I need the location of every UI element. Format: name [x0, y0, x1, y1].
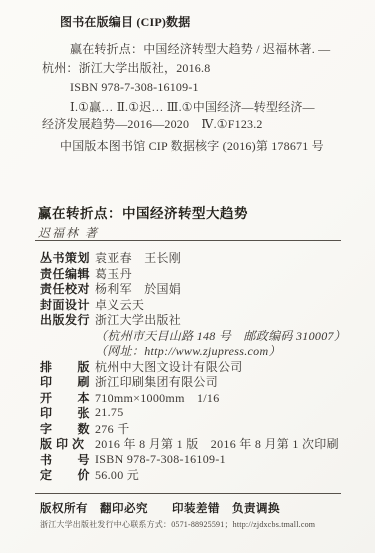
colophon-label: 书 号: [40, 451, 95, 468]
colophon-label: 责任编辑: [40, 265, 95, 282]
cip-record-number: 中国版本图书馆 CIP 数据核字 (2016)第 178671 号: [60, 139, 324, 153]
divider-bottom: [35, 493, 341, 494]
colophon-label: 版 印 次: [40, 435, 95, 452]
colophon-row-address: （杭州市天目山路 148 号 邮政编码 310007）: [40, 328, 360, 344]
colophon-row-sheets: 印 张 21.75: [40, 405, 360, 421]
cip-classification-line2: 经济发展趋势—2016—2020 Ⅳ.①F123.2: [42, 117, 263, 131]
book-title: 赢在转折点：中国经济转型大趋势: [38, 202, 248, 222]
cip-isbn-line: ISBN 978-7-308-16109-1: [70, 80, 199, 94]
copyright-page: 图书在版编目 (CIP)数据 赢在转折点：中国经济转型大趋势 / 迟福林著. —…: [0, 0, 375, 553]
colophon-row-editor: 责任编辑 葛玉丹: [40, 266, 360, 282]
colophon-row-format: 开 本 710mm×1000mm 1/16: [40, 390, 360, 406]
distribution-contact: 浙江大学出版社发行中心联系方式：0571-88925591；http://zjd…: [40, 519, 315, 530]
colophon-row-proofreader: 责任校对 杨利军 於国娟: [40, 281, 360, 297]
colophon-value: 杨利军 於国娟: [95, 280, 181, 297]
colophon-row-isbn: 书 号 ISBN 978-7-308-16109-1: [40, 452, 360, 468]
colophon-row-publisher: 出版发行 浙江大学出版社: [40, 312, 360, 328]
colophon-value: 杭州中大图文设计有限公司: [95, 358, 243, 375]
copyright-notice: 版权所有 翻印必究 印装差错 负责调换: [40, 500, 280, 516]
colophon-row-edition: 版 印 次 2016 年 8 月第 1 版 2016 年 8 月第 1 次印刷: [40, 436, 360, 452]
colophon-row-price: 定 价 56.00 元: [40, 467, 360, 483]
colophon-value: ISBN 978-7-308-16109-1: [95, 452, 226, 467]
colophon-value: 710mm×1000mm 1/16: [95, 389, 220, 406]
cip-title-line: 赢在转折点：中国经济转型大趋势 / 迟福林著. —: [70, 42, 330, 56]
cip-classification-line1: Ⅰ.①赢… Ⅱ.①迟… Ⅲ.①中国经济—转型经济—: [70, 100, 315, 114]
colophon-label: 封面设计: [40, 296, 95, 313]
colophon-label: 开 本: [40, 389, 95, 406]
colophon-label: 印 刷: [40, 373, 95, 390]
colophon-value: 56.00 元: [95, 466, 139, 483]
colophon-row-wordcount: 字 数 276 千: [40, 421, 360, 437]
colophon-label: 定 价: [40, 466, 95, 483]
colophon-row-series-planner: 丛书策划 袁亚春 王长刚: [40, 250, 360, 266]
colophon-label: 排 版: [40, 358, 95, 375]
colophon-label: 丛书策划: [40, 249, 95, 266]
colophon-row-typesetting: 排 版 杭州中大图文设计有限公司: [40, 359, 360, 375]
divider-top: [35, 240, 341, 241]
colophon-row-printing: 印 刷 浙江印刷集团有限公司: [40, 374, 360, 390]
publisher-website: （网址：http://www.zjupress.com）: [95, 342, 281, 359]
colophon-row-cover-design: 封面设计 卓义云天: [40, 297, 360, 313]
colophon-value: 浙江大学出版社: [95, 311, 181, 328]
colophon-label: 出版发行: [40, 311, 95, 328]
book-author: 迟福林 著: [38, 224, 99, 241]
colophon-value: 276 千: [95, 420, 130, 437]
colophon-value: 葛玉丹: [95, 265, 132, 282]
colophon-value: 浙江印刷集团有限公司: [95, 373, 218, 390]
colophon-value: 卓义云天: [95, 296, 144, 313]
colophon-value: 21.75: [95, 405, 124, 420]
colophon-value: 袁亚春 王长刚: [95, 249, 181, 266]
cip-publisher-line: 杭州：浙江大学出版社，2016.8: [42, 61, 210, 75]
colophon-row-website: （网址：http://www.zjupress.com）: [40, 343, 360, 359]
publisher-address: （杭州市天目山路 148 号 邮政编码 310007）: [95, 327, 346, 344]
colophon-list: 丛书策划 袁亚春 王长刚 责任编辑 葛玉丹 责任校对 杨利军 於国娟 封面设计 …: [40, 250, 360, 483]
colophon-label: 责任校对: [40, 280, 95, 297]
colophon-label: 印 张: [40, 404, 95, 421]
colophon-label: 字 数: [40, 420, 95, 437]
colophon-value: 2016 年 8 月第 1 版 2016 年 8 月第 1 次印刷: [95, 435, 339, 452]
cip-heading: 图书在版编目 (CIP)数据: [60, 15, 190, 29]
